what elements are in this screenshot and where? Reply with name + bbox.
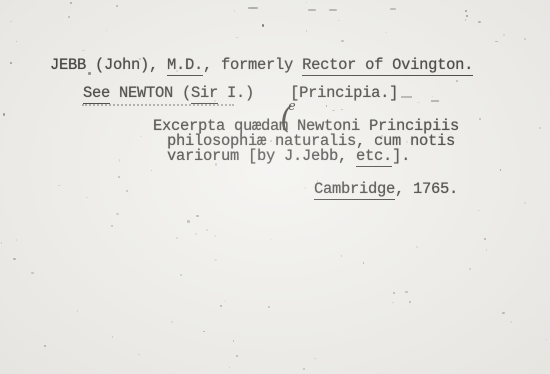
heading-title: Rector of Ovington. bbox=[302, 56, 473, 76]
catalog-card-scan: JEBB (John), M.D., formerly Rector of Ov… bbox=[0, 0, 550, 374]
see-word: See bbox=[83, 84, 110, 104]
description-line-3-pre: variorum [by J.Jebb, bbox=[167, 147, 356, 165]
heading-degree: M.D. bbox=[167, 56, 203, 76]
imprint-place: Cambridge bbox=[314, 180, 395, 200]
see-ref-initial: I.) bbox=[218, 84, 290, 102]
handwritten-inserted-letter: e bbox=[288, 100, 296, 113]
see-ref-name: NEWTON ( bbox=[110, 84, 191, 102]
imprint-line: Cambridge, 1765. bbox=[314, 182, 458, 197]
stray-ink-dash bbox=[431, 100, 439, 102]
heading-mid: , formerly bbox=[203, 56, 302, 74]
heading-line: JEBB (John), M.D., formerly Rector of Ov… bbox=[50, 58, 473, 73]
heading-name: JEBB (John), bbox=[50, 56, 167, 74]
description-line-3-post: ]. bbox=[392, 147, 410, 165]
stray-ink-dash bbox=[401, 96, 412, 98]
imprint-date: , 1765. bbox=[395, 180, 458, 198]
sir-word: Sir bbox=[191, 84, 218, 104]
description-line-3: variorum [by J.Jebb, etc.]. bbox=[167, 149, 410, 164]
work-title-bracketed: [Principia.] bbox=[290, 84, 398, 102]
etc-word: etc. bbox=[356, 147, 392, 167]
see-reference-line: See NEWTON (Sir I.) [Principia.] bbox=[83, 86, 398, 101]
faded-ghost-underline bbox=[82, 104, 234, 106]
